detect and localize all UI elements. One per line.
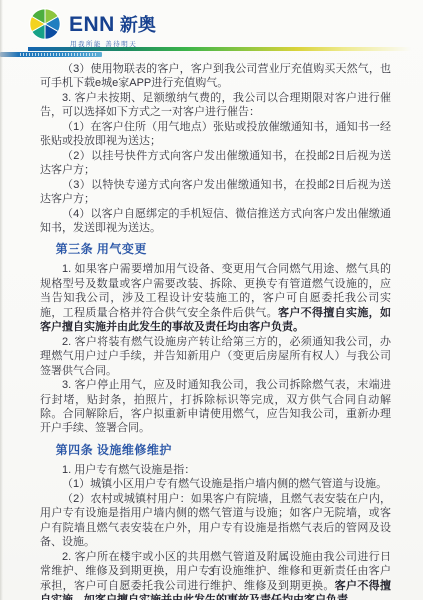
paragraph-text: 3. 客户未按期、足额缴纳气费的，我公司以合理期限对客户进行催告，可以选择如下方… — [40, 92, 391, 118]
paragraph: 2. 客户将装有燃气设施房产转让给第三方的，必须通知我公司，办理燃气用户过户手续… — [40, 335, 391, 378]
letterhead-gradient-divider — [28, 47, 423, 51]
paragraph-text: （4）以客户自愿绑定的手机短信、微信推送方式向客户发出催缴通知书，发送即视为送达… — [40, 208, 391, 234]
paragraph-text: （1）在客户住所（用气地点）张贴或投放催缴通知书，通知书一经张贴或投放即视为送达… — [40, 121, 391, 147]
paragraph: （1）城镇小区用户专有燃气设施是指户墙内侧的燃气管道与设施。 — [40, 477, 391, 491]
paragraph: （2）以挂号快件方式向客户发出催缴通知书，在投邮2日后视为送达客户方； — [40, 149, 391, 178]
paragraph: （4）以客户自愿绑定的手机短信、微信推送方式向客户发出催缴通知书，发送即视为送达… — [40, 207, 391, 236]
document-body: （3）使用物联表的客户，客户到我公司营业厅充值购买天然气，也可手机下载e城e家A… — [40, 62, 391, 600]
section-heading: 第三条 用气变更 — [40, 242, 391, 257]
paragraph-text: （3）使用物联表的客户，客户到我公司营业厅充值购买天然气，也可手机下载e城e家A… — [40, 63, 391, 89]
page-number: 3 — [0, 566, 423, 578]
brand-name-cn: 新奥 — [120, 16, 156, 34]
letterhead: ENN 新奥 用我所能 善待明天 — [0, 0, 423, 58]
paragraph-text: 2. 客户将装有燃气设施房产转让给第三方的，必须通知我公司，办理燃气用户过户手续… — [40, 336, 391, 377]
paragraph-text: （2）以挂号快件方式向客户发出催缴通知书，在投邮2日后视为送达客户方； — [40, 150, 391, 176]
letterhead-fine-print — [20, 53, 96, 56]
paragraph: （3）以特快专递方式向客户发出催缴通知书，在投邮2日后视为送达客户方； — [40, 178, 391, 207]
paragraph-text: （1）城镇小区用户专有燃气设施是指户墙内侧的燃气管道与设施。 — [62, 478, 387, 490]
paragraph-text: 3. 客户停止用气，应及时通知我公司，我公司拆除燃气表，末端进行封堵，贴封条，拍… — [40, 379, 391, 434]
brand-wordmark: ENN 新奥 — [69, 14, 156, 35]
paragraph: （2）农村或城镇村用户：如果客户有院墙，且燃气表安装在户内，用户专有设施是指用户… — [40, 492, 391, 550]
document-page: { "header": { "brand_en": "ENN", "brand_… — [0, 0, 423, 600]
enn-globe-logo-icon — [28, 7, 62, 41]
paragraph-text: 第四条 设施维修维护 — [56, 443, 172, 457]
paragraph-text: 第三条 用气变更 — [56, 242, 147, 256]
letterhead-sub-strip — [0, 52, 102, 57]
section-heading: 第四条 设施维修维护 — [40, 443, 391, 458]
company-logo: ENN 新奥 — [28, 7, 156, 41]
paragraph: 1. 如果客户需要增加用气设备、变更用气合同燃气用途、燃气具的规格型号及数量或客… — [40, 262, 391, 334]
paragraph-text: （3）以特快专递方式向客户发出催缴通知书，在投邮2日后视为送达客户方； — [40, 179, 391, 205]
paragraph: 3. 客户未按期、足额缴纳气费的，我公司以合理期限对客户进行催告，可以选择如下方… — [40, 91, 391, 120]
paragraph: 1. 用户专有燃气设施是指： — [40, 463, 391, 477]
paragraph: （3）使用物联表的客户，客户到我公司营业厅充值购买天然气，也可手机下载e城e家A… — [40, 62, 391, 91]
paragraph: （1）在客户住所（用气地点）张贴或投放催缴通知书，通知书一经张贴或投放即视为送达… — [40, 120, 391, 149]
brand-name-en: ENN — [69, 14, 115, 35]
paragraph-text: （2）农村或城镇村用户：如果客户有院墙，且燃气表安装在户内，用户专有设施是指用户… — [40, 493, 391, 548]
paragraph: 3. 客户停止用气，应及时通知我公司，我公司拆除燃气表，末端进行封堵，贴封条，拍… — [40, 378, 391, 436]
paragraph-text: 1. 用户专有燃气设施是指： — [62, 464, 195, 476]
scan-edge-shadow — [0, 0, 3, 600]
